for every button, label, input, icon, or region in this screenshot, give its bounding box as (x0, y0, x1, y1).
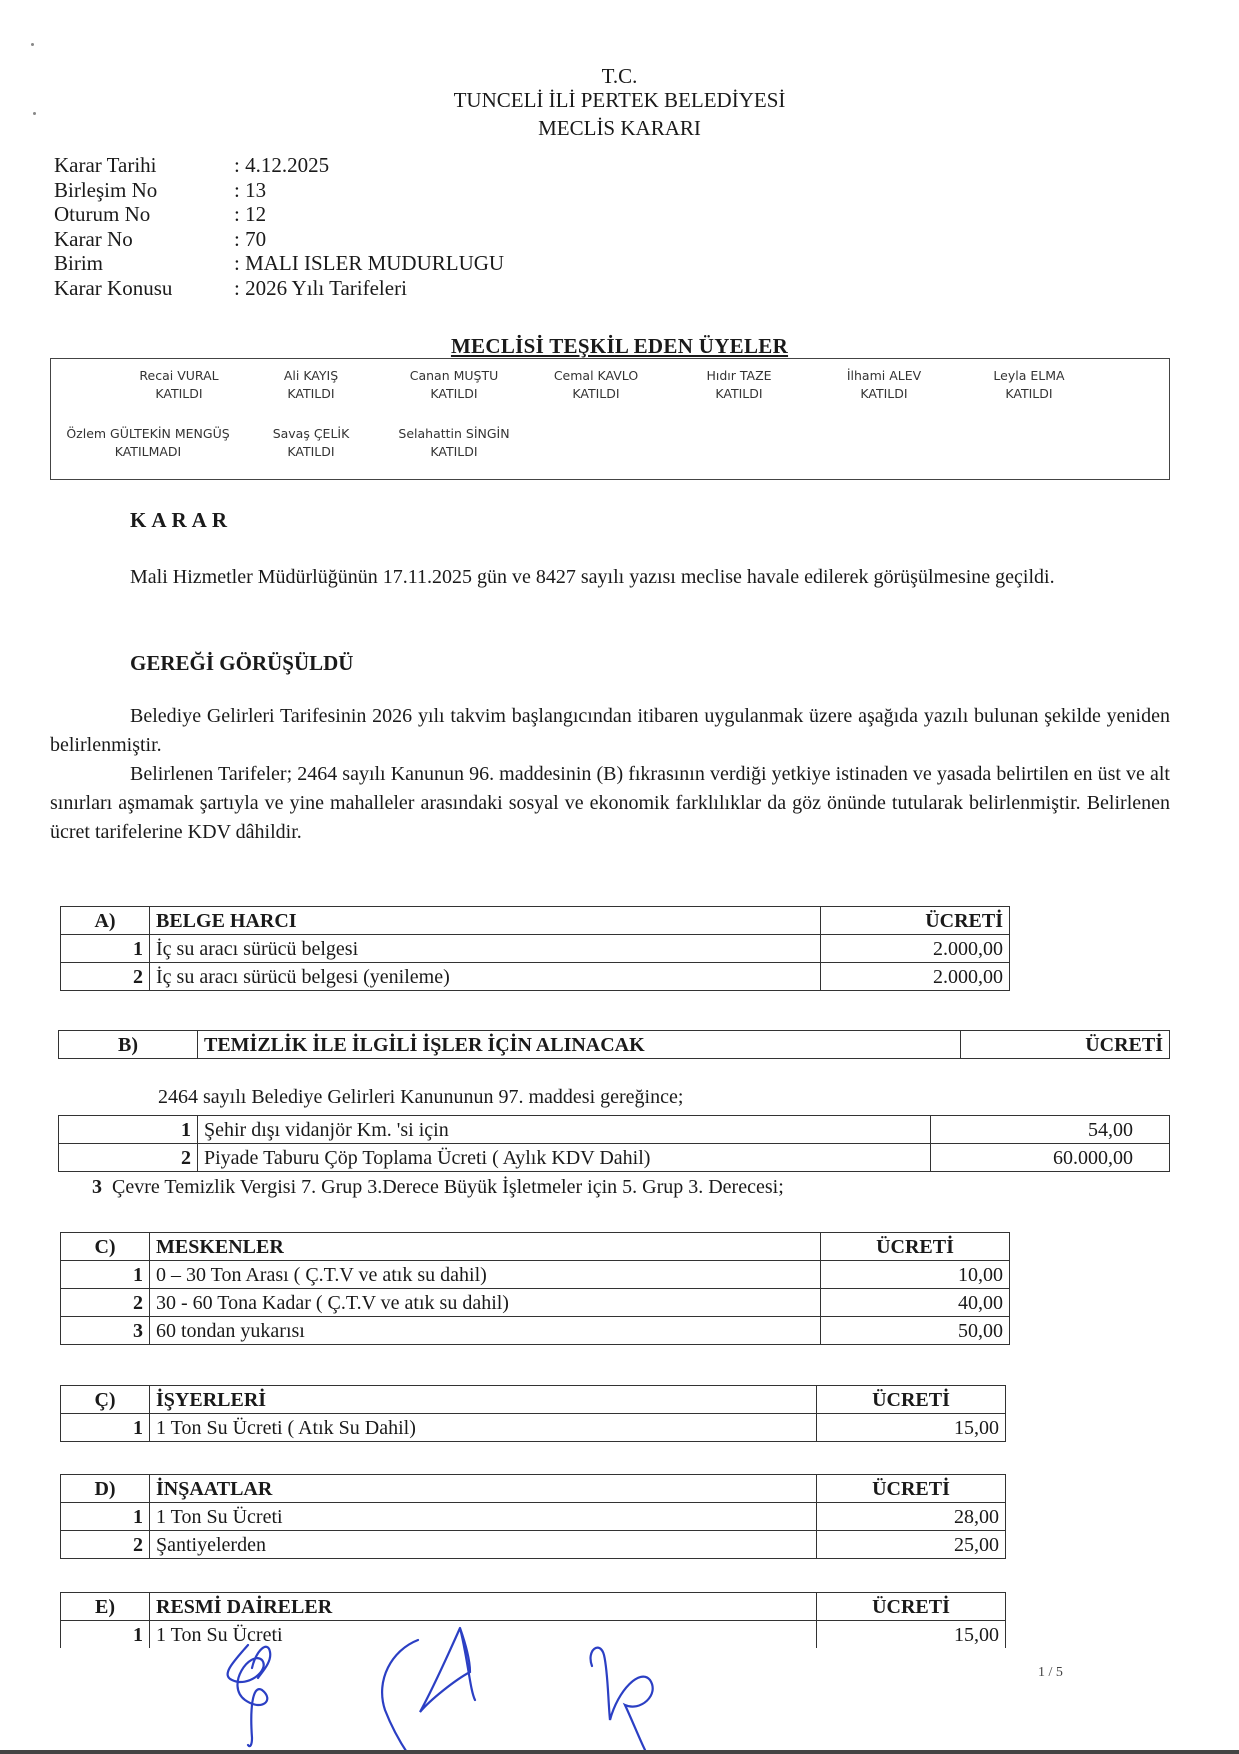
scan-speck (31, 43, 34, 46)
scan-edge (0, 1750, 1239, 1754)
signatures (0, 0, 1239, 1754)
signature-2b (420, 1628, 475, 1712)
signature-2 (382, 1640, 418, 1754)
signature-1b (252, 1647, 270, 1678)
signature-1 (228, 1645, 268, 1746)
signature-3 (591, 1648, 653, 1750)
page-number: 1 / 5 (1038, 1665, 1063, 1681)
scan-speck (33, 112, 36, 115)
